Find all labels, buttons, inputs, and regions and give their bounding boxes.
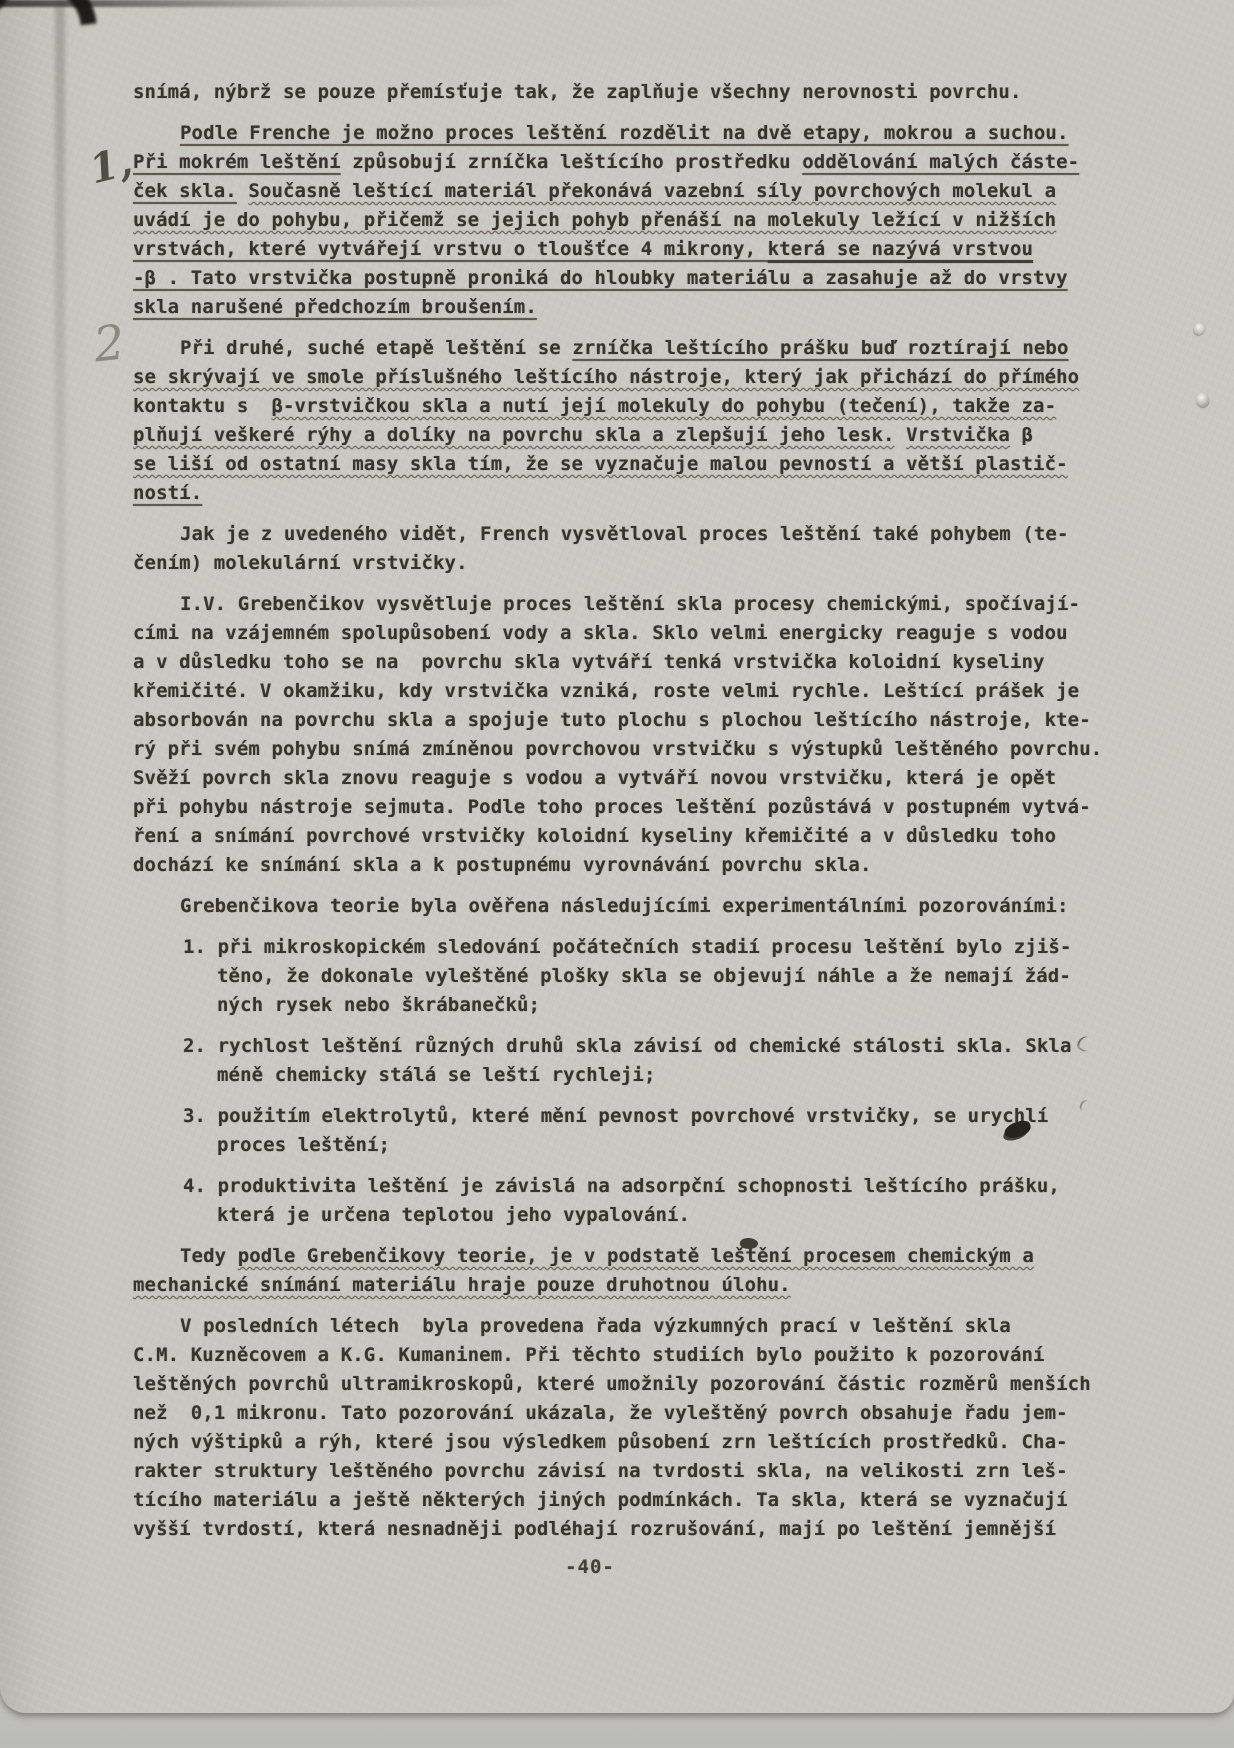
paper-speck: [1192, 321, 1207, 337]
text-line: dochází ke snímání skla a k postupnému v…: [133, 851, 1093, 880]
underlined-text: Vrstvička: [906, 424, 1010, 446]
underlined-text: ností.: [133, 482, 202, 504]
text-line: ných výštipků a rýh, které jsou výsledke…: [133, 1428, 1093, 1457]
text-segment: 2. rychlost leštění různých druhů skla z…: [183, 1035, 1072, 1057]
typewritten-text: snímá, nýbrž se pouze přemísťuje tak, že…: [133, 78, 1093, 1544]
text-line: ření a snímání povrchové vrstvičky koloi…: [133, 822, 1093, 851]
handwritten-margin-note-1: 1,: [85, 138, 137, 194]
scanned-page: snímá, nýbrž se pouze přemísťuje tak, že…: [0, 0, 1234, 1713]
paragraph: 2. rychlost leštění různých druhů skla z…: [133, 1032, 1093, 1090]
underlined-text: Současně leštící materiál překonává vaze…: [248, 180, 1056, 202]
text-segment: křemičité. V okamžiku, kdy vrstvička vzn…: [133, 680, 1079, 702]
text-segment: [895, 424, 907, 446]
text-segment: těno, že dokonale vyleštěné plošky skla …: [217, 965, 1071, 987]
text-segment: méně chemicky stálá se leští rychleji;: [217, 1064, 655, 1086]
text-segment: Grebenčikova teorie byla ověřena následu…: [180, 895, 1069, 917]
text-segment: vyšší tvrdostí, která nesnadněji podléha…: [133, 1518, 1056, 1540]
text-line: Tedy podle Grebenčikovy teorie, je v pod…: [133, 1242, 1093, 1271]
text-segment: leštěných povrchů ultramikroskopů, které…: [133, 1373, 1091, 1395]
text-segment: Svěží povrch skla znovu reaguje s vodou …: [133, 767, 1056, 789]
paragraph: Jak je z uvedeného vidět, French vysvětl…: [133, 520, 1093, 578]
text-segment: rakter struktury leštěného povrchu závis…: [133, 1460, 1068, 1482]
text-segment: tícího materiálu a ještě některých jinýc…: [133, 1489, 1068, 1511]
text-line: která je určena teplotou jeho vypalování…: [133, 1201, 1093, 1230]
text-line: leštěných povrchů ultramikroskopů, které…: [133, 1370, 1093, 1399]
text-segment: rý při svém pohybu snímá zmíněnou povrch…: [133, 738, 1102, 760]
underlined-text: podle Grebenčikovy teorie, je v podstatě…: [238, 1245, 1034, 1267]
text-segment: V posledních létech byla provedena řada …: [180, 1315, 1011, 1337]
paragraph: Grebenčikova teorie byla ověřena následu…: [133, 892, 1093, 921]
text-line: ností.: [133, 479, 1093, 508]
text-line: plňují veškeré rýhy a dolíky na povrchu …: [133, 421, 1093, 450]
text-line: Podle Frenche je možno proces leštění ro…: [133, 119, 1093, 148]
text-line: Jak je z uvedeného vidět, French vysvětl…: [133, 520, 1093, 549]
paper-speck: [1195, 391, 1210, 408]
text-line: V posledních létech byla provedena řada …: [133, 1312, 1093, 1341]
text-line: čením) molekulární vrstvičky.: [133, 549, 1093, 578]
underlined-text: skla narušené předchozím broušením.: [133, 296, 537, 318]
underlined-text: Podle Frenche je možno proces leštění ro…: [180, 122, 1069, 144]
text-line: ček skla. Současně leštící materiál přek…: [133, 177, 1093, 206]
underlined-text: β-vrstvičkou skla a nutí její molekuly d…: [271, 395, 1056, 417]
text-segment: Tedy: [180, 1245, 238, 1267]
text-segment: proces leštění;: [217, 1134, 390, 1156]
underlined-text: Při mokrém leštění: [133, 151, 341, 173]
text-segment: 4. produktivita leštění je závislá na ad…: [183, 1175, 1060, 1197]
underlined-text: plňují veškeré rýhy a dolíky na povrchu …: [133, 424, 895, 446]
text-line: kontaktu s β-vrstvičkou skla a nutí její…: [133, 392, 1093, 421]
text-line: při pohybu nástroje sejmuta. Podle toho …: [133, 793, 1093, 822]
text-segment: 1. při mikroskopickém sledování počátečn…: [183, 936, 1072, 958]
text-segment: C.M. Kuzněcovem a K.G. Kumaninem. Při tě…: [133, 1344, 1045, 1366]
text-segment: a v důsledku toho se na povrchu skla vyt…: [133, 651, 1045, 673]
text-line: -β . Tato vrstvička postupně proniká do …: [133, 264, 1093, 293]
underlined-text: se skrývají ve smole příslušného leštící…: [133, 366, 1079, 388]
text-segment: která je určena teplotou jeho vypalování…: [217, 1204, 690, 1226]
text-segment: ření a snímání povrchové vrstvičky koloi…: [133, 825, 1056, 847]
underlined-text: se liší od ostatní masy skla tím, že se …: [133, 453, 1068, 475]
page-number: -40-: [0, 1556, 1180, 1578]
text-line: tícího materiálu a ještě některých jinýc…: [133, 1486, 1093, 1515]
text-line: vyšší tvrdostí, která nesnadněji podléha…: [133, 1515, 1093, 1544]
text-line: 3. použitím elektrolytů, které mění pevn…: [133, 1102, 1093, 1131]
underlined-text: vrstvách, které vytvářejí vrstvu o tlouš…: [133, 238, 768, 260]
text-line: rakter struktury leštěného povrchu závis…: [133, 1457, 1093, 1486]
text-line: a v důsledku toho se na povrchu skla vyt…: [133, 648, 1093, 677]
text-segment: 3. použitím elektrolytů, které mění pevn…: [183, 1105, 1048, 1127]
text-line: proces leštění;: [133, 1131, 1093, 1160]
handwritten-margin-note-2: 2: [91, 315, 127, 374]
underlined-text: oddělování malých částe-: [802, 151, 1079, 173]
text-line: Svěží povrch skla znovu reaguje s vodou …: [133, 764, 1093, 793]
text-line: se skrývají ve smole příslušného leštící…: [133, 363, 1093, 392]
text-segment: čením) molekulární vrstvičky.: [133, 552, 468, 574]
text-segment: ných výštipků a rýh, které jsou výsledke…: [133, 1431, 1068, 1453]
paragraph: Tedy podle Grebenčikovy teorie, je v pod…: [133, 1242, 1093, 1300]
text-line: uvádí je do pohybu, přičemž se jejich po…: [133, 206, 1093, 235]
document-scan: { "scan": { "page_number": "-40-", "marg…: [0, 0, 1234, 1748]
paragraph: snímá, nýbrž se pouze přemísťuje tak, že…: [133, 78, 1093, 107]
paper-crease: [55, 0, 65, 1200]
underlined-text: uvádí je do pohybu, přičemž se jejich po…: [133, 209, 1056, 231]
text-line: než 0,1 mikronu. Tato pozorování ukázala…: [133, 1399, 1093, 1428]
text-segment: Při druhé, suché etapě leštění se: [180, 337, 572, 359]
text-line: rý při svém pohybu snímá zmíněnou povrch…: [133, 735, 1093, 764]
text-line: cími na vzájemném spolupůsobení vody a s…: [133, 619, 1093, 648]
underlined-text: -β . Tato vrstvička postupně proniká do …: [133, 267, 1068, 289]
scan-edge-top: [0, 0, 520, 7]
text-line: 1. při mikroskopickém sledování počátečn…: [133, 933, 1093, 962]
text-segment: [237, 180, 249, 202]
paragraph: 3. použitím elektrolytů, které mění pevn…: [133, 1102, 1093, 1160]
text-segment: způsobují zrníčka leštícího prostředku: [341, 151, 803, 173]
text-segment: kontaktu s: [133, 395, 271, 417]
text-segment: snímá, nýbrž se pouze přemísťuje tak, že…: [133, 81, 1022, 103]
text-segment: ných rysek nebo škrábanečků;: [217, 994, 540, 1016]
text-line: 4. produktivita leštění je závislá na ad…: [133, 1172, 1093, 1201]
text-segment: I.V. Grebenčikov vysvětluje proces leště…: [180, 593, 1080, 615]
underlined-text: která se nazývá vrstvou: [768, 238, 1033, 260]
paragraph: Podle Frenche je možno proces leštění ro…: [133, 119, 1093, 322]
underlined-text: zrníčka leštícího prášku buď roztírají n…: [572, 337, 1068, 359]
text-line: Při druhé, suché etapě leštění se zrníčk…: [133, 334, 1093, 363]
text-segment: dochází ke snímání skla a k postupnému v…: [133, 854, 872, 876]
text-line: absorbován na povrchu skla a spojuje tut…: [133, 706, 1093, 735]
underlined-text: mechanické snímání materiálu hraje pouze…: [133, 1274, 791, 1296]
text-line: C.M. Kuzněcovem a K.G. Kumaninem. Při tě…: [133, 1341, 1093, 1370]
text-line: ných rysek nebo škrábanečků;: [133, 991, 1093, 1020]
text-line: I.V. Grebenčikov vysvětluje proces leště…: [133, 590, 1093, 619]
text-line: vrstvách, které vytvářejí vrstvu o tlouš…: [133, 235, 1093, 264]
text-line: méně chemicky stálá se leští rychleji;: [133, 1061, 1093, 1090]
text-line: Při mokrém leštění způsobují zrníčka leš…: [133, 148, 1093, 177]
text-segment: β: [1010, 424, 1033, 446]
text-line: 2. rychlost leštění různých druhů skla z…: [133, 1032, 1093, 1061]
text-line: Grebenčikova teorie byla ověřena následu…: [133, 892, 1093, 921]
paragraph: I.V. Grebenčikov vysvětluje proces leště…: [133, 590, 1093, 880]
underlined-text: ček skla.: [133, 180, 237, 202]
paragraph: 1. při mikroskopickém sledování počátečn…: [133, 933, 1093, 1020]
text-line: těno, že dokonale vyleštěné plošky skla …: [133, 962, 1093, 991]
text-line: křemičité. V okamžiku, kdy vrstvička vzn…: [133, 677, 1093, 706]
text-segment: cími na vzájemném spolupůsobení vody a s…: [133, 622, 1068, 644]
text-segment: při pohybu nástroje sejmuta. Podle toho …: [133, 796, 1091, 818]
text-line: se liší od ostatní masy skla tím, že se …: [133, 450, 1093, 479]
text-segment: než 0,1 mikronu. Tato pozorování ukázala…: [133, 1402, 1068, 1424]
paragraph: V posledních létech byla provedena řada …: [133, 1312, 1093, 1544]
paragraph: 4. produktivita leštění je závislá na ad…: [133, 1172, 1093, 1230]
text-line: snímá, nýbrž se pouze přemísťuje tak, že…: [133, 78, 1093, 107]
paragraph: Při druhé, suché etapě leštění se zrníčk…: [133, 334, 1093, 508]
text-line: skla narušené předchozím broušením.: [133, 293, 1093, 322]
text-segment: absorbován na povrchu skla a spojuje tut…: [133, 709, 1091, 731]
text-line: mechanické snímání materiálu hraje pouze…: [133, 1271, 1093, 1300]
text-segment: Jak je z uvedeného vidět, French vysvětl…: [180, 523, 1069, 545]
